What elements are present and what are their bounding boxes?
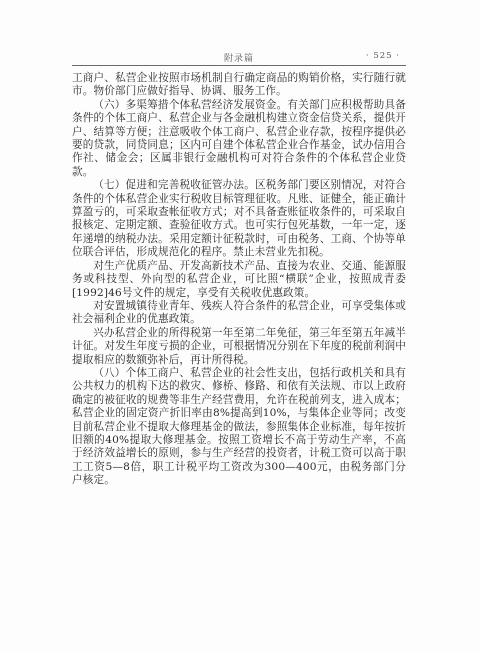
body-text: 工商户、私营企业按照市场机制自行确定商品的购销价格，实行随行就市。物价部门应做好…	[72, 72, 406, 488]
document-page: 附录篇 · 525 · 工商户、私营企业按照市场机制自行确定商品的购销价格，实行…	[72, 48, 406, 488]
running-header: 附录篇 · 525 ·	[72, 48, 406, 66]
paragraph-tax-preference-tech: 对生产优质产品、开发高新技术产品、直接为农业、交通、能源服务或科技型、外向型的私…	[72, 260, 406, 300]
paragraph-income-tax-exemption: 兴办私营企业的所得税第一年至第二年免征，第三年至第五年减半计征。对发生年度亏损的…	[72, 327, 406, 367]
paragraph-section-6-funding: （六）多渠筹措个体私营经济发展资金。有关部门应积极帮助具备条件的个体工商户、私营…	[72, 99, 406, 179]
section-title: 附录篇	[72, 51, 406, 64]
paragraph-continuation: 工商户、私营企业按照市场机制自行确定商品的购销价格，实行随行就市。物价部门应做好…	[72, 72, 406, 99]
paragraph-section-8-social-expenditure: （八）个体工商户、私营企业的社会性支出，包括行政机关和具有公共权力的机构下达的救…	[72, 367, 406, 488]
page-number: · 525 ·	[366, 51, 400, 61]
paragraph-section-7-tax-collection: （七）促进和完善税收征管办法。区税务部门要区别情况，对符合条件的个体私营企业实行…	[72, 179, 406, 259]
paragraph-employment-preference: 对安置城镇待业青年、残疾人符合条件的私营企业，可享受集体或社会福利企业的优惠政策…	[72, 300, 406, 327]
